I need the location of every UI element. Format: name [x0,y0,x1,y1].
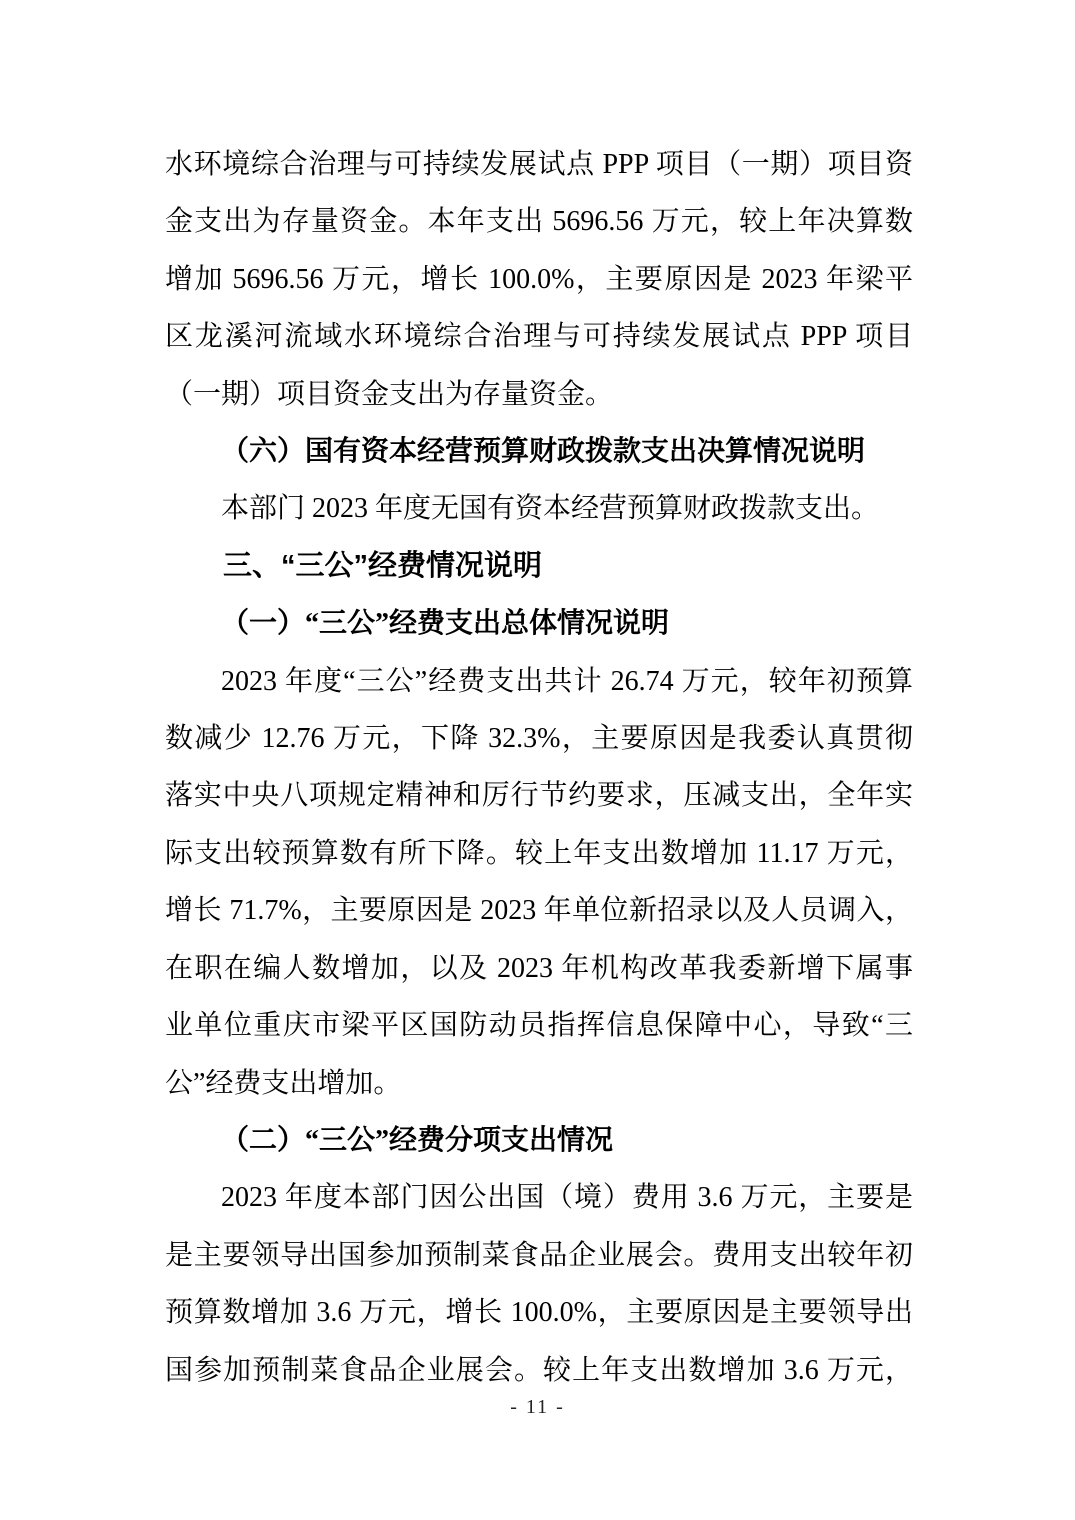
text-line: 公”经费支出增加。 [165,1055,913,1112]
text-line: 国参加预制菜食品企业展会。较上年支出数增加 3.6 万元， [165,1342,913,1399]
text-line: 区龙溪河流域水环境综合治理与可持续发展试点 PPP 项目 [165,308,913,365]
text-line: 2023 年度本部门因公出国（境）费用 3.6 万元，主要是 [165,1169,913,1226]
section-heading-state-capital: （六）国有资本经营预算财政拨款支出决算情况说明 [165,423,913,480]
text-line: 本部门 2023 年度无国有资本经营预算财政拨款支出。 [165,480,913,537]
text-line: 预算数增加 3.6 万元，增长 100.0%，主要原因是主要领导出 [165,1284,913,1341]
text-line: 在职在编人数增加，以及 2023 年机构改革我委新增下属事 [165,940,913,997]
document-page: 水环境综合治理与可持续发展试点 PPP 项目（一期）项目资 金支出为存量资金。本… [0,0,1075,1520]
text-line: 水环境综合治理与可持续发展试点 PPP 项目（一期）项目资 [165,136,913,193]
text-line: 金支出为存量资金。本年支出 5696.56 万元，较上年决算数 [165,193,913,250]
section-heading-itemized-spending: （二）“三公”经费分项支出情况 [165,1112,913,1169]
document-body: 水环境综合治理与可持续发展试点 PPP 项目（一期）项目资 金支出为存量资金。本… [165,136,913,1399]
text-line: 际支出较预算数有所下降。较上年支出数增加 11.17 万元， [165,825,913,882]
text-line: 增长 71.7%，主要原因是 2023 年单位新招录以及人员调入， [165,882,913,939]
section-heading-overall-spending: （一）“三公”经费支出总体情况说明 [165,595,913,652]
text-line: （一期）项目资金支出为存量资金。 [165,366,913,423]
text-line: 2023 年度“三公”经费支出共计 26.74 万元，较年初预算 [165,653,913,710]
text-line: 是主要领导出国参加预制菜食品企业展会。费用支出较年初 [165,1227,913,1284]
text-line: 落实中央八项规定精神和厉行节约要求，压减支出，全年实 [165,767,913,824]
text-line: 业单位重庆市梁平区国防动员指挥信息保障中心，导致“三 [165,997,913,1054]
page-number: - 11 - [0,1396,1075,1419]
text-line: 数减少 12.76 万元，下降 32.3%，主要原因是我委认真贯彻 [165,710,913,767]
text-line: 增加 5696.56 万元，增长 100.0%，主要原因是 2023 年梁平 [165,251,913,308]
chapter-heading-three-public-funds: 三、“三公”经费情况说明 [165,538,913,595]
